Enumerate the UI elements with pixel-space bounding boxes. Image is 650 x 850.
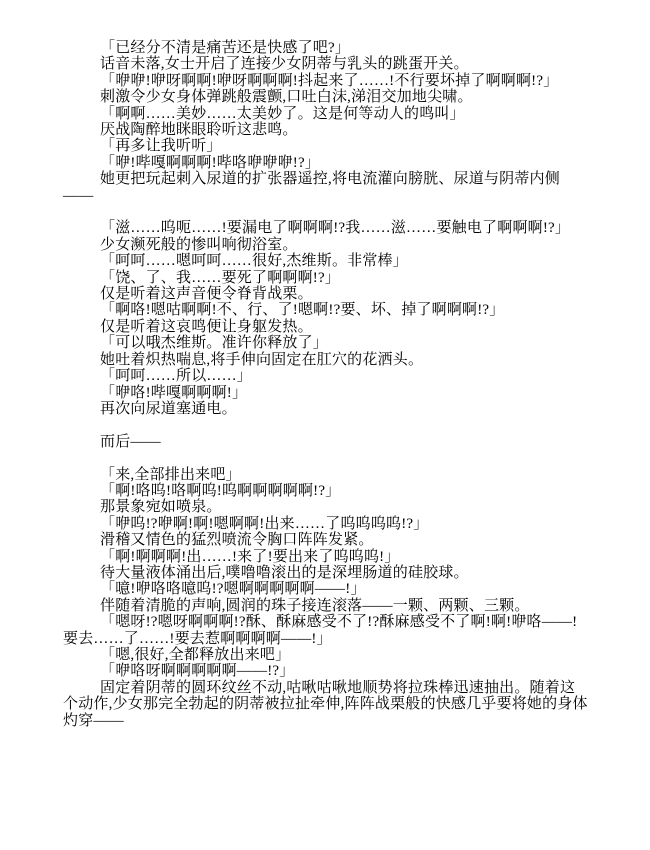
dialogue-line: 「啊咯!嗯咕啊啊!不、行、了!嗯啊!?要、坏、掉了啊啊啊!?」 <box>63 302 588 318</box>
dialogue-line: 「滋……呜呃……!要漏电了啊啊啊!?我……滋……要触电了啊啊啊!?」 <box>63 220 588 236</box>
dialogue-line: 「咿咯呀啊啊啊啊啊——!?」 <box>63 663 588 679</box>
dialogue-line: 「啊!咯呜!咯啊呜!呜啊啊啊啊啊!?」 <box>63 483 588 499</box>
blank-line <box>63 204 588 220</box>
narration-line: 她吐着炽热喘息,将手伸向固定在肛穴的花洒头。 <box>63 352 588 368</box>
dialogue-line: 「咿咯!哔嘎啊啊啊!」 <box>63 385 588 401</box>
dialogue-line: 「饶、了、我……要死了啊啊啊!?」 <box>63 270 588 286</box>
novel-text-block: 「已经分不清是痛苦还是快感了吧?」 话音未落,女士开启了连接少女阴蒂与乳头的跳蛋… <box>63 40 588 729</box>
dialogue-line: 「已经分不清是痛苦还是快感了吧?」 <box>63 40 588 56</box>
dialogue-line: 「可以哦杰维斯。准许你释放了」 <box>63 335 588 351</box>
narration-line: 话音未落,女士开启了连接少女阴蒂与乳头的跳蛋开关。 <box>63 56 588 72</box>
narration-line: 仅是听着这声音便令脊背战栗。 <box>63 286 588 302</box>
dialogue-line: 「噫!咿咯咯噫呜!?嗯啊啊啊啊啊——!」 <box>63 581 588 597</box>
narration-line: 固定着阴蒂的圆环纹丝不动,咕啾咕啾地顺势将拉珠棒迅速抽出。随着这个动作,少女那完… <box>63 680 588 729</box>
dialogue-line: 「咿呜!?咿啊!啊!嗯啊啊!出来……了呜呜呜呜!?」 <box>63 516 588 532</box>
narration-line: 她更把玩起刺入尿道的扩张器遥控,将电流灌向膀胱、尿道与阴蒂内侧—— <box>63 171 588 204</box>
narration-line: 那景象宛如喷泉。 <box>63 499 588 515</box>
dialogue-line: 「嗯,很好,全都释放出来吧」 <box>63 647 588 663</box>
narration-line: 伴随着清脆的声响,圆润的珠子接连滚落——一颗、两颗、三颗。 <box>63 598 588 614</box>
narration-line: 厌战陶醉地眯眼聆听这悲鸣。 <box>63 122 588 138</box>
blank-line <box>63 450 588 466</box>
dialogue-line: 「嗯呀!?嗯呀啊啊啊!?酥、酥麻感受不了!?酥麻感受不了啊!啊!咿咯——!要去…… <box>63 614 588 647</box>
narration-line: 而后—— <box>63 434 588 450</box>
narration-line: 刺激令少女身体弹跳般震颤,口吐白沫,涕泪交加地尖啸。 <box>63 89 588 105</box>
dialogue-line: 「呵呵……所以……」 <box>63 368 588 384</box>
blank-line <box>63 417 588 433</box>
narration-line: 再次向尿道塞通电。 <box>63 401 588 417</box>
narration-line: 滑稽又情色的猛烈喷流令胸口阵阵发紧。 <box>63 532 588 548</box>
dialogue-line: 「呵呵……嗯呵呵……很好,杰维斯。非常棒」 <box>63 253 588 269</box>
dialogue-line: 「咿咿!咿呀啊啊!咿呀啊啊啊!抖起来了……!不行要坏掉了啊啊啊!?」 <box>63 73 588 89</box>
dialogue-line: 「再多让我听听」 <box>63 138 588 154</box>
narration-line: 仅是听着这哀鸣便让身躯发热。 <box>63 319 588 335</box>
dialogue-line: 「啊啊……美妙……太美妙了。这是何等动人的鸣叫」 <box>63 106 588 122</box>
dialogue-line: 「啊!啊啊啊!出……!来了!要出来了呜呜呜!」 <box>63 549 588 565</box>
dialogue-line: 「咿!哔嘎啊啊啊!哔咯咿咿咿!?」 <box>63 155 588 171</box>
narration-line: 少女濒死般的惨叫响彻浴室。 <box>63 237 588 253</box>
document-page: 「已经分不清是痛苦还是快感了吧?」 话音未落,女士开启了连接少女阴蒂与乳头的跳蛋… <box>0 0 650 850</box>
dialogue-line: 「来,全部排出来吧」 <box>63 467 588 483</box>
narration-line: 待大量液体涌出后,噗噜噜滚出的是深埋肠道的硅胶球。 <box>63 565 588 581</box>
